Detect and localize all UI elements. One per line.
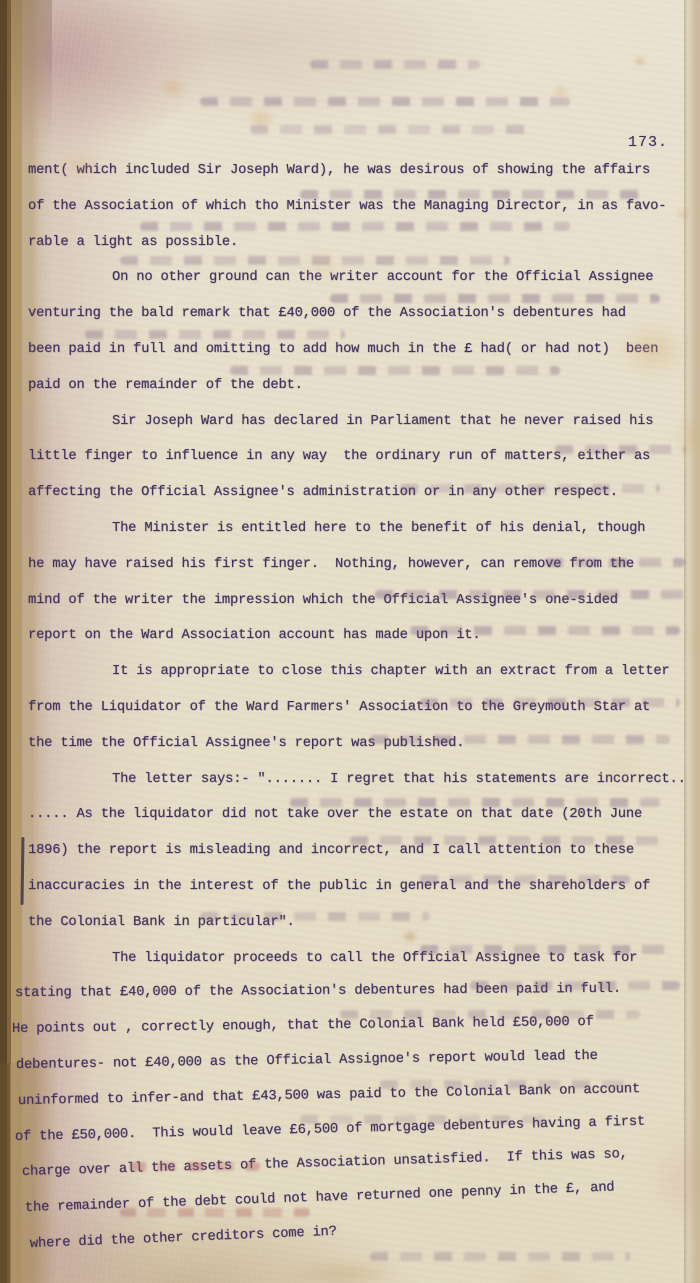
text-line: the Colonial Bank in particular". bbox=[28, 915, 295, 932]
paper-stain bbox=[648, 1128, 700, 1228]
bleed-through-mark bbox=[290, 798, 660, 807]
paper-stain bbox=[500, 1270, 590, 1283]
bleed-through-mark bbox=[300, 190, 640, 199]
text-line: the remainder of the debt could not have… bbox=[25, 1181, 615, 1219]
paper-stain bbox=[282, 1262, 402, 1283]
text-line: report on the Ward Association account h… bbox=[28, 628, 480, 645]
paper-stain bbox=[690, 622, 700, 662]
bleed-through-mark bbox=[120, 256, 510, 265]
document-page: 173. ment( which included Sir Joseph War… bbox=[0, 0, 700, 1283]
bleed-through-mark bbox=[230, 366, 560, 375]
text-line: been paid in full and omitting to add ho… bbox=[28, 342, 658, 359]
text-line: The Minister is entitled here to the ben… bbox=[28, 521, 645, 538]
text-line: of the £50,000. This would leave £6,500 … bbox=[15, 1114, 645, 1146]
text-line: Sir Joseph Ward has declared in Parliame… bbox=[28, 414, 653, 431]
text-line: charge over all the assets of the Associ… bbox=[22, 1147, 628, 1182]
text-line: uninformed to infer-and that £43,500 was… bbox=[18, 1082, 640, 1111]
text-line: little finger to influence in any way th… bbox=[28, 449, 650, 466]
text-line: where did the other creditors come in? bbox=[30, 1225, 337, 1254]
bleed-through-mark bbox=[330, 294, 660, 303]
text-line: rable a light as possible. bbox=[28, 235, 238, 252]
paper-stain bbox=[676, 414, 700, 460]
text-line: He points out , correctly enough, that t… bbox=[12, 1015, 594, 1039]
text-line: venturing the bald remark that £40,000 o… bbox=[28, 306, 626, 323]
text-line: ..... As the liquidator did not take ove… bbox=[28, 807, 642, 824]
bleed-through-mark bbox=[85, 330, 345, 339]
bleed-through-mark bbox=[250, 125, 530, 134]
margin-pen-mark bbox=[21, 837, 24, 905]
paper-stain bbox=[160, 78, 186, 98]
paper-stain bbox=[552, 84, 570, 99]
paper-stain bbox=[402, 930, 418, 943]
text-line: affecting the Official Assignee's admini… bbox=[28, 485, 618, 502]
text-line: from the Liquidator of the Ward Farmers'… bbox=[28, 700, 650, 717]
paper-stain bbox=[676, 208, 690, 220]
text-line: paid on the remainder of the debt. bbox=[28, 378, 303, 395]
text-line: 1896) the report is misleading and incor… bbox=[28, 843, 634, 860]
text-line: On no other ground can the writer accoun… bbox=[28, 270, 653, 287]
text-line: he may have raised his first finger. Not… bbox=[28, 557, 634, 574]
text-line: the time the Official Assignee's report … bbox=[28, 736, 464, 753]
text-line: stating that £40,000 of the Association'… bbox=[15, 982, 621, 1003]
text-line: The liquidator proceeds to call the Offi… bbox=[28, 951, 637, 968]
bleed-through-mark bbox=[310, 60, 480, 69]
text-line: inaccuracies in the interest of the publ… bbox=[28, 879, 650, 896]
paper-stain bbox=[634, 56, 646, 67]
bleed-through-mark bbox=[370, 1252, 630, 1261]
text-line: mind of the writer the impression which … bbox=[28, 593, 618, 610]
text-line: The letter says:- "....... I regret that… bbox=[28, 772, 686, 789]
bleed-through-mark bbox=[200, 97, 570, 106]
text-line: It is appropriate to close this chapter … bbox=[28, 664, 669, 681]
text-line: ment( which included Sir Joseph Ward), h… bbox=[28, 163, 650, 180]
text-line: debentures- not £40,000 as the Official … bbox=[16, 1049, 598, 1075]
bleed-through-mark bbox=[140, 222, 570, 231]
page-number: 173. bbox=[628, 134, 668, 151]
text-line: of the Association of which tho Minister… bbox=[28, 199, 666, 216]
paper-stain bbox=[246, 108, 276, 130]
page-edge-right bbox=[684, 0, 700, 1283]
